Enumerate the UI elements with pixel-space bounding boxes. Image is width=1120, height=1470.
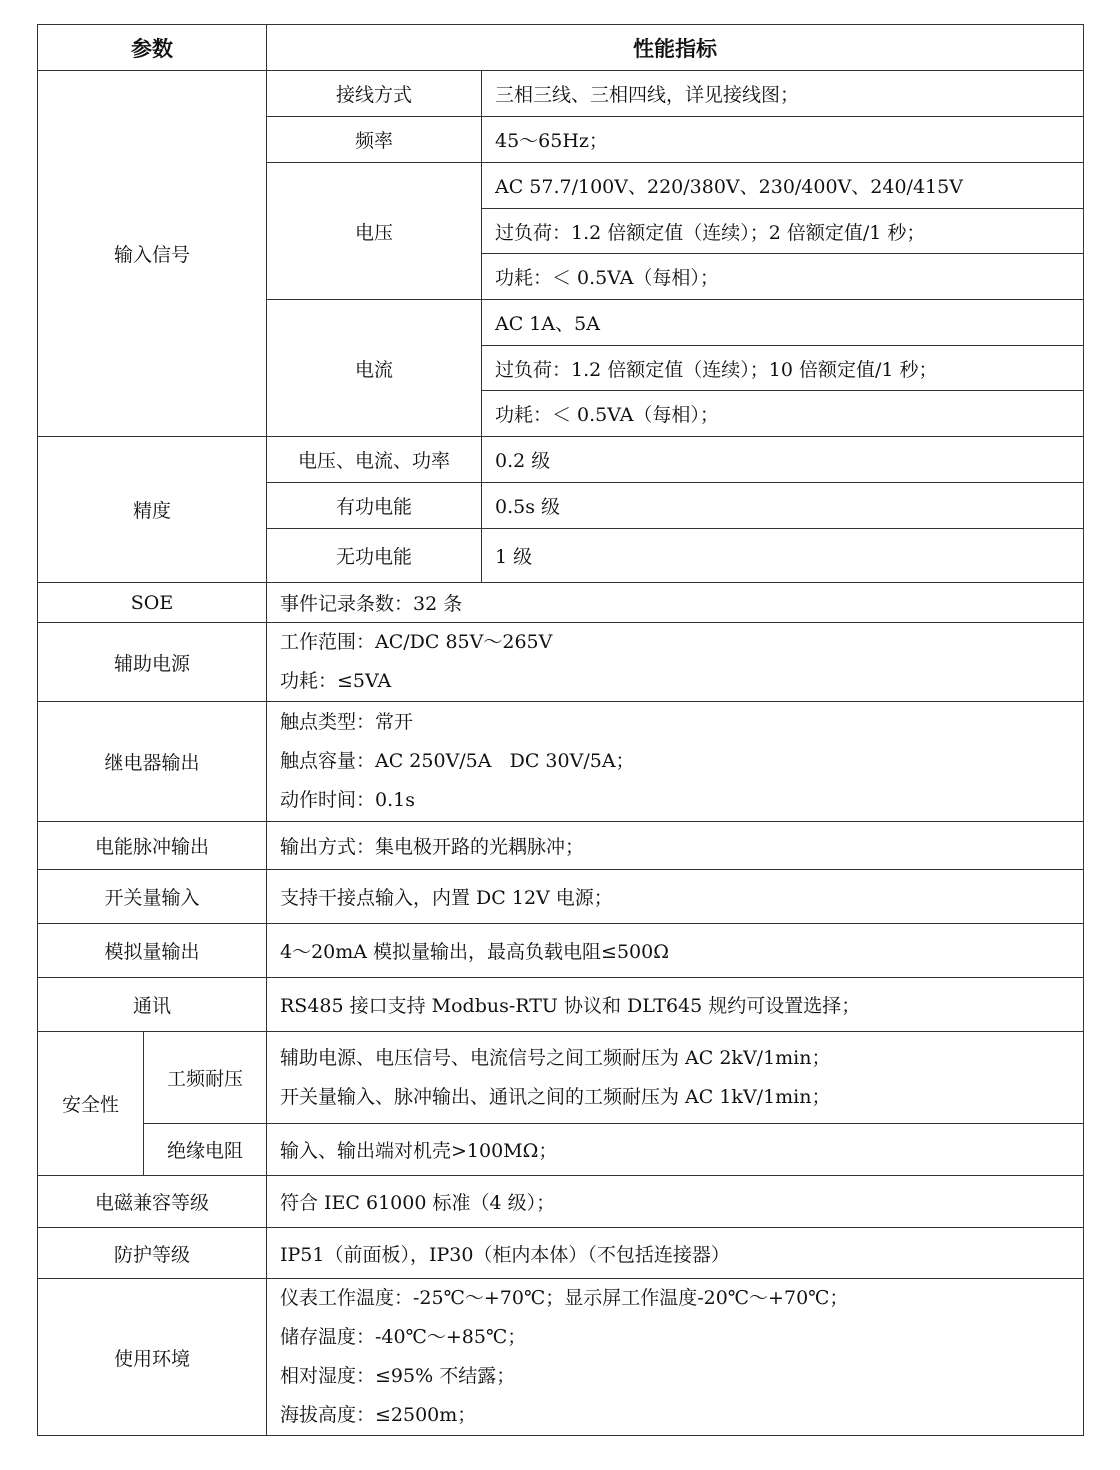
accuracy-item-label: 无功电能 [267,529,482,583]
header-row: 参数 性能指标 [38,25,1084,71]
environment-line: 海拔高度：≤2500m； [280,1396,1083,1435]
table-row: 使用环境 仪表工作温度：-25℃～+70℃；显示屏工作温度-20℃～+70℃； … [38,1279,1084,1436]
environment-label: 使用环境 [38,1279,267,1436]
frequency-value: 45～65Hz； [482,117,1084,163]
voltage-value: 过负荷：1.2 倍额定值（连续）；2 倍额定值/1 秒； [482,209,1084,254]
protection-label: 防护等级 [38,1228,267,1279]
accuracy-label: 精度 [38,437,267,583]
analog-output-value: 4～20mA 模拟量输出，最高负载电阻≤500Ω [267,924,1084,978]
insulation-label: 绝缘电阻 [144,1124,267,1176]
environment-value: 仪表工作温度：-25℃～+70℃；显示屏工作温度-20℃～+70℃； 储存温度：… [267,1279,1084,1436]
voltage-label: 电压 [267,163,482,300]
aux-power-label: 辅助电源 [38,623,267,702]
table-row: 安全性 工频耐压 辅助电源、电压信号、电流信号之间工频耐压为 AC 2kV/1m… [38,1032,1084,1124]
soe-value: 事件记录条数：32 条 [267,583,1084,623]
accuracy-item-label: 电压、电流、功率 [267,437,482,483]
analog-output-label: 模拟量输出 [38,924,267,978]
table-row: 通讯 RS485 接口支持 Modbus-RTU 协议和 DLT645 规约可设… [38,978,1084,1032]
current-value: AC 1A、5A [482,300,1084,346]
accuracy-item-value: 0.2 级 [482,437,1084,483]
input-signal-label: 输入信号 [38,71,267,437]
voltage-value: 功耗：＜ 0.5VA（每相）； [482,254,1084,300]
table-row: 防护等级 IP51（前面板），IP30（柜内本体）（不包括连接器） [38,1228,1084,1279]
safety-label: 安全性 [38,1032,144,1176]
table-row: 继电器输出 触点类型：常开 触点容量：AC 250V/5A DC 30V/5A；… [38,702,1084,822]
table-row: SOE 事件记录条数：32 条 [38,583,1084,623]
current-value: 功耗：＜ 0.5VA（每相）； [482,391,1084,437]
aux-power-line: 功耗：≤5VA [280,662,1083,701]
table-row: 精度 电压、电流、功率 0.2 级 [38,437,1084,483]
header-spec: 性能指标 [267,25,1084,71]
spec-table: 参数 性能指标 输入信号 接线方式 三相三线、三相四线，详见接线图； 频率 45… [37,24,1084,1436]
emc-label: 电磁兼容等级 [38,1176,267,1228]
table-row: 模拟量输出 4～20mA 模拟量输出，最高负载电阻≤500Ω [38,924,1084,978]
current-label: 电流 [267,300,482,437]
switch-input-value: 支持干接点输入，内置 DC 12V 电源； [267,870,1084,924]
relay-line: 动作时间：0.1s [280,781,1083,820]
pulse-output-value: 输出方式：集电极开路的光耦脉冲； [267,822,1084,870]
header-param: 参数 [38,25,267,71]
aux-power-line: 工作范围：AC/DC 85V～265V [280,623,1083,662]
emc-value: 符合 IEC 61000 标准（4 级）； [267,1176,1084,1228]
aux-power-value: 工作范围：AC/DC 85V～265V 功耗：≤5VA [267,623,1084,702]
withstand-label: 工频耐压 [144,1032,267,1124]
wiring-label: 接线方式 [267,71,482,117]
relay-line: 触点类型：常开 [280,703,1083,742]
environment-line: 储存温度：-40℃～+85℃； [280,1318,1083,1357]
comm-value: RS485 接口支持 Modbus-RTU 协议和 DLT645 规约可设置选择… [267,978,1084,1032]
relay-output-value: 触点类型：常开 触点容量：AC 250V/5A DC 30V/5A； 动作时间：… [267,702,1084,822]
frequency-label: 频率 [267,117,482,163]
withstand-line: 辅助电源、电压信号、电流信号之间工频耐压为 AC 2kV/1min； [280,1039,1083,1078]
environment-line: 相对湿度：≤95% 不结露； [280,1357,1083,1396]
table-row: 电能脉冲输出 输出方式：集电极开路的光耦脉冲； [38,822,1084,870]
relay-line: 触点容量：AC 250V/5A DC 30V/5A； [280,742,1083,781]
current-value: 过负荷：1.2 倍额定值（连续）；10 倍额定值/1 秒； [482,346,1084,391]
insulation-value: 输入、输出端对机壳>100MΩ； [267,1124,1084,1176]
table-row: 输入信号 接线方式 三相三线、三相四线，详见接线图； [38,71,1084,117]
table-row: 开关量输入 支持干接点输入，内置 DC 12V 电源； [38,870,1084,924]
accuracy-item-value: 0.5s 级 [482,483,1084,529]
voltage-value: AC 57.7/100V、220/380V、230/400V、240/415V [482,163,1084,209]
table-row: 辅助电源 工作范围：AC/DC 85V～265V 功耗：≤5VA [38,623,1084,702]
pulse-output-label: 电能脉冲输出 [38,822,267,870]
relay-output-label: 继电器输出 [38,702,267,822]
table-row: 电磁兼容等级 符合 IEC 61000 标准（4 级）； [38,1176,1084,1228]
wiring-value: 三相三线、三相四线，详见接线图； [482,71,1084,117]
protection-value: IP51（前面板），IP30（柜内本体）（不包括连接器） [267,1228,1084,1279]
soe-label: SOE [38,583,267,623]
withstand-line: 开关量输入、脉冲输出、通讯之间的工频耐压为 AC 1kV/1min； [280,1078,1083,1117]
table-row: 绝缘电阻 输入、输出端对机壳>100MΩ； [38,1124,1084,1176]
accuracy-item-value: 1 级 [482,529,1084,583]
switch-input-label: 开关量输入 [38,870,267,924]
withstand-value: 辅助电源、电压信号、电流信号之间工频耐压为 AC 2kV/1min； 开关量输入… [267,1032,1084,1124]
accuracy-item-label: 有功电能 [267,483,482,529]
comm-label: 通讯 [38,978,267,1032]
environment-line: 仪表工作温度：-25℃～+70℃；显示屏工作温度-20℃～+70℃； [280,1279,1083,1318]
